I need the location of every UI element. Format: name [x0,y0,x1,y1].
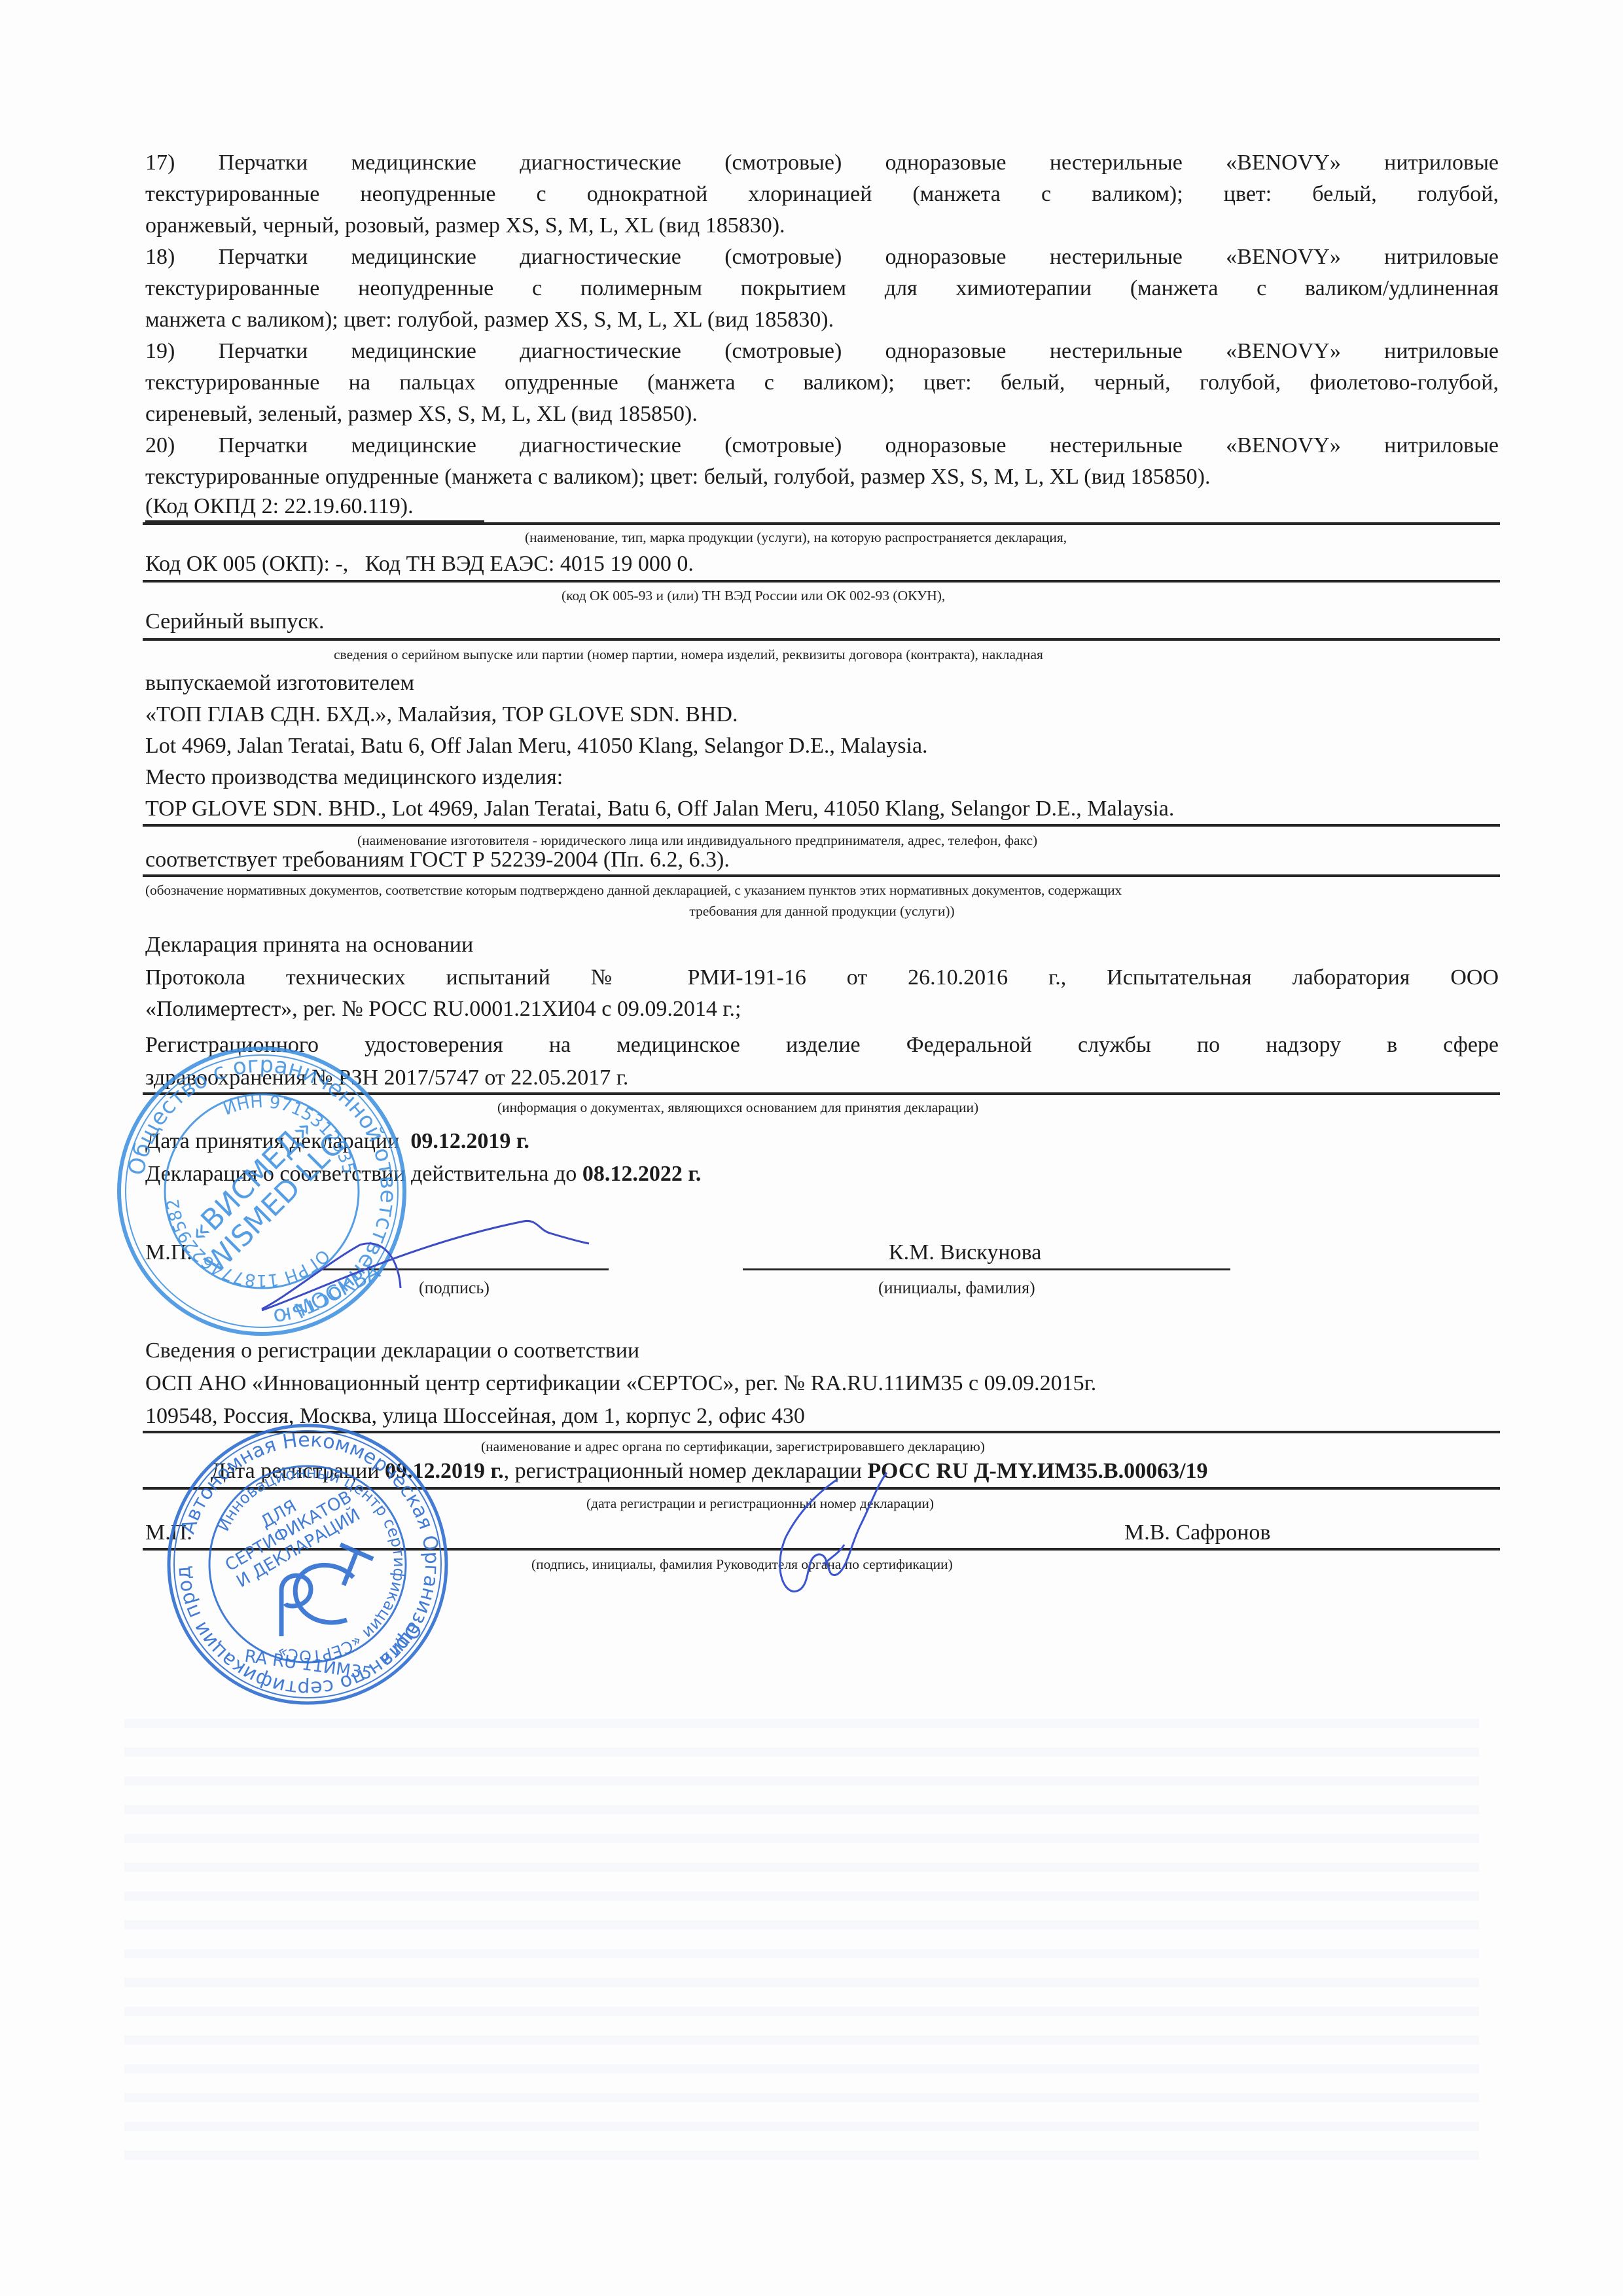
divider-manufacturer [143,824,1500,827]
validity-row: Декларация о соответствии действительна … [145,1158,701,1190]
divider-serial [143,638,1500,641]
acceptance-date-row: Дата принятия декларации 09.12.2019 г. [145,1126,529,1157]
registration-date-label: Дата регистрации [211,1459,380,1483]
product-line: манжета с валиком); цвет: голубой, разме… [145,304,1499,336]
declaration-page: 17) Перчатки медицинские диагностические… [0,0,1623,2296]
product-line: текстурированные опудренные (манжета с в… [145,461,1499,493]
basis-registration-line-1: Регистрационного удостоверения на медици… [145,1030,1499,1061]
registration-date-value: 09.12.2019 г. [385,1459,504,1483]
product-line: 20) Перчатки медицинские диагностические… [145,430,1499,461]
serial-caption: сведения о серийном выпуске или партии (… [334,645,1043,664]
product-line: сиреневый, зеленый, размер XS, S, M, L, … [145,399,1499,430]
okpd-code: (Код ОКПД 2: 22.19.60.119). [145,491,414,522]
certifier-mp: М.П. [145,1517,192,1549]
divider-basis [143,1092,1500,1095]
divider-standard [143,874,1500,877]
validity-label: Декларация о соответствии действительна … [145,1162,577,1186]
registration-number-label: , регистрационный номер декларации [504,1459,862,1483]
manufacturer-intro: выпускаемой изготовителем [145,668,414,699]
declarant-name-caption: (инициалы, фамилия) [878,1279,1035,1297]
manufacturer-name: «ТОП ГЛАВ СДН. БХД.», Малайзия, TOP GLOV… [145,699,738,730]
registration-body-line-2: 109548, Россия, Москва, улица Шоссейная,… [145,1401,805,1432]
stamp-purpose-1: ДЛЯ [257,1496,300,1532]
certifier-caption: (подпись, инициалы, фамилия Руководителя… [531,1555,953,1573]
registration-number-row: Дата регистрации 09.12.2019 г., регистра… [211,1456,1208,1487]
product-item-19: 19) Перчатки медицинские диагностические… [145,336,1499,430]
stamp-reg: RA RU 11ИМ35 [243,1647,374,1684]
standard-text: соответствует требованиям ГОСТ Р 52239-2… [145,844,730,876]
product-line: 19) Перчатки медицинские диагностические… [145,336,1499,367]
declarant-name-line [743,1268,1230,1270]
production-site: TOP GLOVE SDN. BHD., Lot 4969, Jalan Ter… [145,793,1174,825]
standard-caption-2: требования для данной продукции (услуги)… [145,902,1499,920]
validity-value: 08.12.2022 г. [582,1162,702,1186]
registration-number-caption: (дата регистрации и регистрационный номе… [586,1494,934,1513]
serial-text: Серийный выпуск. [145,606,325,637]
declarant-name: К.М. Вискунова [889,1237,1041,1268]
declarant-signature-line [321,1268,609,1270]
basis-caption: (информация о документах, являющихся осн… [497,1098,978,1117]
declarant-signature-caption: (подпись) [419,1279,490,1297]
product-line: текстурированные неопудренные с полимерн… [145,273,1499,304]
product-line: текстурированные на пальцах опудренные (… [145,367,1499,399]
divider-certifier [143,1548,1500,1551]
product-line: 18) Перчатки медицинские диагностические… [145,242,1499,273]
declarant-mp: М.П. [145,1237,192,1268]
basis-protocol-line-1: Протокола технических испытаний № РМИ-19… [145,962,1499,994]
registration-body-line-1: ОСП АНО «Инновационный центр сертификаци… [145,1368,1096,1399]
divider-registration [143,1431,1500,1433]
registration-caption: (наименование и адрес органа по сертифик… [481,1437,985,1456]
acceptance-date-label: Дата принятия декларации [145,1129,399,1153]
basis-heading: Декларация принята на основании [145,929,473,961]
divider-registration-number [143,1487,1500,1490]
product-item-18: 18) Перчатки медицинские диагностические… [145,242,1499,336]
standard-caption-1: (обозначение нормативных документов, соо… [145,881,1499,899]
stamp-inner-text: Инновационный центр сертификации «СЕРТОС… [214,1463,408,1665]
codes-caption: (код ОК 005-93 и (или) ТН ВЭД России или… [562,586,945,605]
certifier-name: М.В. Сафронов [1124,1517,1270,1549]
basis-registration-line-2: здравоохранения № РЗН 2017/5747 от 22.05… [145,1062,628,1094]
product-item-20: 20) Перчатки медицинские диагностические… [145,430,1499,493]
codes-text: Код ОК 005 (ОКП): -, Код ТН ВЭД ЕАЭС: 40… [145,548,694,580]
product-line: 17) Перчатки медицинские диагностические… [145,147,1499,179]
divider-codes [143,580,1500,583]
divider-products [143,522,1500,525]
production-site-label: Место производства медицинского изделия: [145,762,563,793]
product-line: оранжевый, черный, розовый, размер XS, S… [145,210,1499,242]
stamp-purpose-2: СЕРТИФИКАТОВ [222,1487,355,1575]
bleed-through-text [124,1702,1479,2173]
acceptance-date-value: 09.12.2019 г. [410,1129,529,1153]
basis-protocol-line-2: «Полимертест», рег. № РОСС RU.0001.21ХИ0… [145,994,741,1025]
products-caption: (наименование, тип, марка продукции (усл… [145,528,1499,547]
product-line: текстурированные неопудренные с однократ… [145,179,1499,210]
product-item-17: 17) Перчатки медицинские диагностические… [145,147,1499,242]
rst-logo-icon [281,1545,373,1636]
registration-number-value: РОСС RU Д-MY.ИМ35.В.00063/19 [867,1459,1207,1483]
manufacturer-address: Lot 4969, Jalan Teratai, Batu 6, Off Jal… [145,730,928,762]
registration-heading: Сведения о регистрации декларации о соот… [145,1335,639,1367]
